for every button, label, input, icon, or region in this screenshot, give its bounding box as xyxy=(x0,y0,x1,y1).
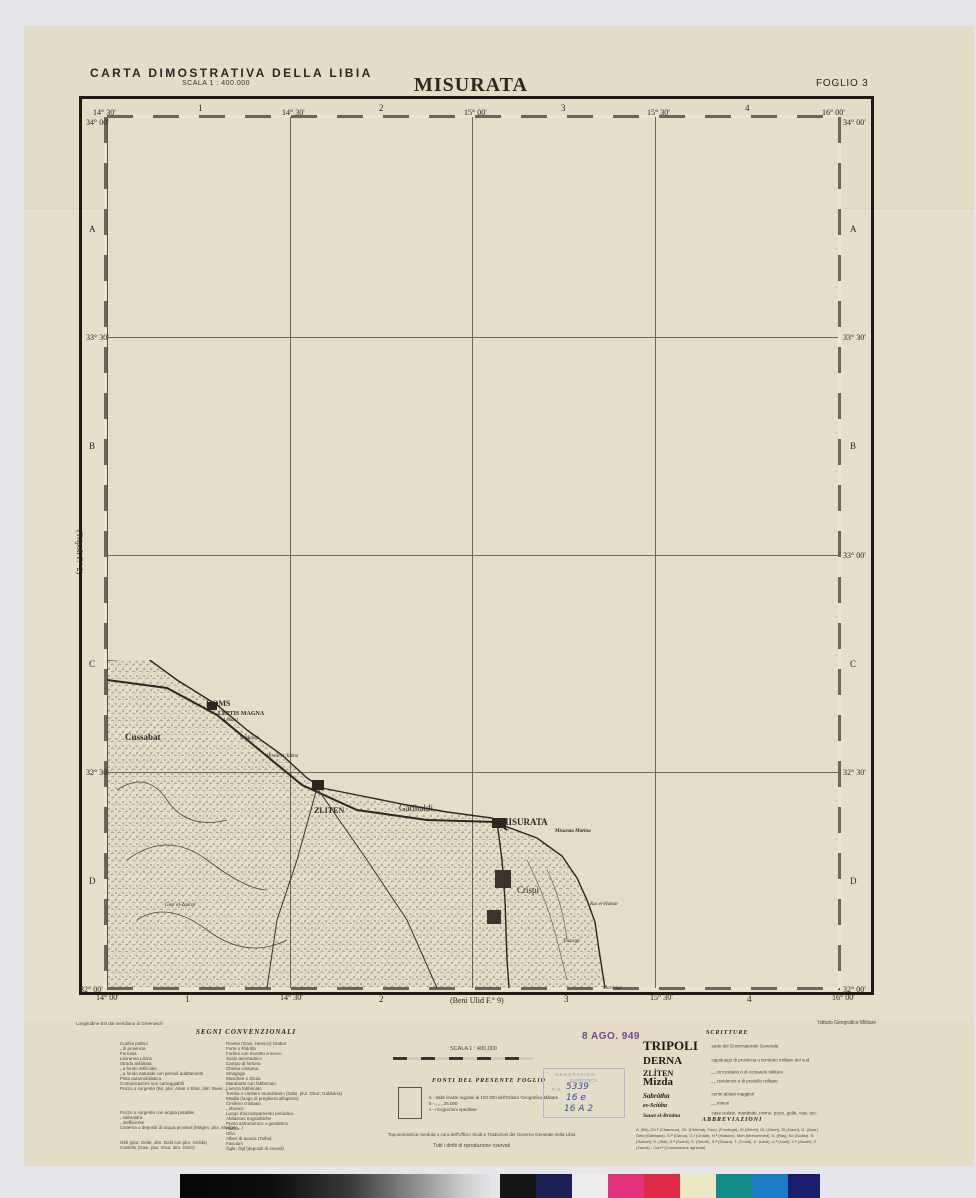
toponymy-note: Toponomastica riveduta a cura dell'Uffic… xyxy=(388,1131,575,1138)
color-calibration-strip xyxy=(180,1174,820,1198)
catalog-shelf: 16 e xyxy=(566,1093,586,1103)
grid-column-label: 4 xyxy=(745,103,750,113)
source-c: c - ricognizioni speditive xyxy=(429,1106,477,1113)
legend-title: SEGNI CONVENZIONALI xyxy=(196,1028,296,1036)
longitude-label: 14° 30' xyxy=(93,108,116,117)
place-leptis-magna: LEPTIS MAGNA xyxy=(218,711,264,717)
color-patch xyxy=(536,1174,572,1198)
grid-row-label: B xyxy=(850,441,856,451)
color-patch xyxy=(500,1174,536,1198)
longitude-label: 16° 00' xyxy=(822,108,845,117)
place-misurata: MISURATA xyxy=(500,817,548,827)
map-scale: SCALA 1 : 400.000 xyxy=(182,80,250,87)
latitude-label: 34° 00' xyxy=(86,118,109,127)
received-date-stamp: 8 AGO. 949 xyxy=(582,1031,640,1042)
grayscale-ramp xyxy=(180,1174,490,1198)
color-patch xyxy=(716,1174,752,1198)
abbreviations-text: A. (Bir), Ch.ª (Chamsun), Cif. (Chirmat)… xyxy=(636,1127,826,1151)
grid-column-label: 3 xyxy=(561,103,566,113)
grid-column-label: 2 xyxy=(379,103,384,113)
place-mirsat-tabba: Mirsat el-Tabba xyxy=(266,754,298,759)
longitude-label: 14° 00' xyxy=(96,993,119,1002)
place-marreiga: Marreiga xyxy=(603,986,622,991)
color-patch xyxy=(788,1174,820,1198)
latitude-label: 33° 00' xyxy=(843,551,866,560)
rights-note: Tutti i diritti di riproduzione riservat… xyxy=(433,1143,510,1150)
color-patch xyxy=(608,1174,644,1198)
longitude-label: 14° 30' xyxy=(282,108,305,117)
scalebar-label: SCALA 1 : 400.000 xyxy=(450,1046,497,1053)
map-title: MISURATA xyxy=(414,74,528,97)
scritture-title: SCRITTURE xyxy=(706,1030,748,1036)
place-tauorga: Tauorga xyxy=(563,939,580,944)
grid-column-label: 3 xyxy=(564,994,569,1004)
latitude-label: 32° 00' xyxy=(80,985,103,994)
place-ras-hamar: Ras el-Hamar xyxy=(590,902,618,907)
longitude-label: 15° 30' xyxy=(647,108,670,117)
grid-row-label: A xyxy=(89,224,96,234)
grid-column-label: 1 xyxy=(198,103,203,113)
latitude-label: 32° 30' xyxy=(86,768,109,777)
scrittura-desc: „ „ residenza o di presidio militare xyxy=(711,1078,777,1083)
longitude-label: 14° 30' xyxy=(280,993,303,1002)
scrittura-desc: capoluogo di provincia o territorio mili… xyxy=(711,1057,809,1062)
map-terrain-drawing xyxy=(107,660,667,988)
adjacent-sheet-left: (Tripoli F.° 2) xyxy=(75,530,84,574)
grid-row-label: C xyxy=(850,659,856,669)
grid-row-label: A xyxy=(850,224,857,234)
legend-item: Cisterna o depositi di acqua piovana (Mà… xyxy=(120,1124,243,1131)
sources-index-diagram xyxy=(398,1087,422,1119)
grid-row-label: D xyxy=(850,876,857,886)
longitude-label: 15° 30' xyxy=(650,993,673,1002)
color-patch xyxy=(752,1174,788,1198)
grid-column-label: 1 xyxy=(185,994,190,1004)
longitude-label: 15° 00' xyxy=(464,108,487,117)
grid-column-label: 2 xyxy=(379,994,384,1004)
latitude-label: 32° 30' xyxy=(843,768,866,777)
place-misurata-marina: Misurata Marina xyxy=(555,829,591,834)
place-zliten: ZLITEN xyxy=(314,806,344,815)
place-leptis-sub: (Lebda) xyxy=(222,718,238,723)
color-patch xyxy=(572,1174,608,1198)
stamp-prefix: P. N. xyxy=(552,1086,561,1093)
meridian-note: Longitudine Est dal meridiano di Greenwi… xyxy=(76,1020,163,1027)
map-series-title: CARTA DIMOSTRATIVA DELLA LIBIA xyxy=(90,66,373,80)
longitude-label: 16° 00' xyxy=(832,993,855,1002)
parallel-line xyxy=(107,555,838,556)
latitude-label: 34° 00' xyxy=(843,118,866,127)
scrittura-sample: Sauet el-Bròdna xyxy=(643,1113,707,1119)
scrittura-desc: case isolate, marabutti, rovine, pozzi, … xyxy=(711,1110,817,1115)
legend-item: Pozzo o sorgente (Bir, plur. Abiar o Eba… xyxy=(120,1085,228,1092)
latitude-label: 32° 00' xyxy=(843,985,866,994)
grid-row-label: C xyxy=(89,659,95,669)
place-garibaldi: Garibaldi xyxy=(399,803,433,813)
sheet-number: FOGLIO 3 xyxy=(816,78,869,89)
adjacent-sheet-bottom: (Beni Ulid F.° 9) xyxy=(450,996,504,1005)
latitude-label: 33° 30' xyxy=(86,333,109,342)
scrittura-desc: sede del Governatorato Generale xyxy=(711,1043,778,1048)
legend-item: Ògla, Ògl (depositi di cereali) xyxy=(226,1145,284,1152)
place-gasr-zuarar: Gasr el-Zuarar xyxy=(165,903,196,908)
abbreviations-title: ABBREVIAZIONI xyxy=(702,1117,762,1123)
place-crispi: Crispi xyxy=(517,885,539,895)
place-sidi-mojleb: S. Mojleb xyxy=(240,736,259,741)
latitude-label: 33° 30' xyxy=(843,333,866,342)
catalog-cabinet: 16 A 2 xyxy=(564,1104,593,1114)
right-graduated-border xyxy=(838,117,841,988)
grid-row-label: D xyxy=(89,876,96,886)
color-patch xyxy=(680,1174,716,1198)
sources-title: FONTI DEL PRESENTE FOGLIO xyxy=(432,1078,546,1084)
scale-bar xyxy=(393,1057,533,1060)
place-homs: HOMS xyxy=(206,699,230,708)
color-patch xyxy=(644,1174,680,1198)
place-cussabat: Cussabat xyxy=(125,732,161,742)
grid-row-label: B xyxy=(89,441,95,451)
legend-item: Castello (Gasr, plur. Gsur, dim. Gsèir) xyxy=(120,1144,195,1151)
catalog-number: 5339 xyxy=(566,1082,589,1092)
parallel-line xyxy=(107,337,838,338)
grid-column-label: 4 xyxy=(747,994,752,1004)
publisher: Istituto Geografico Militare xyxy=(818,1020,876,1027)
